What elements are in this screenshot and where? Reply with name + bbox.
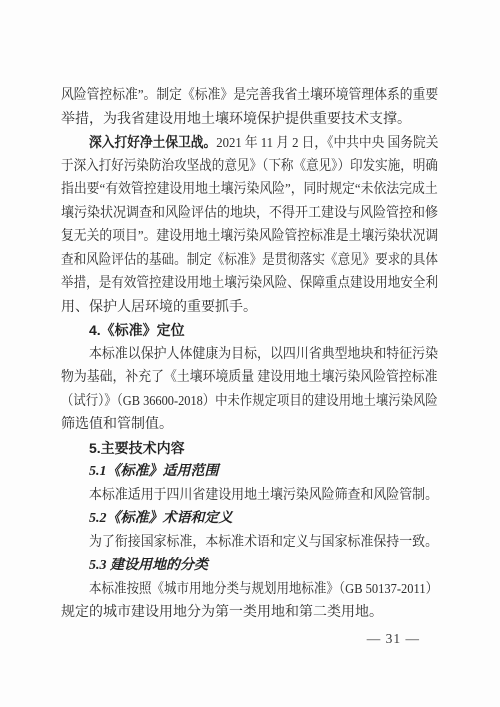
text-block: 风险管控标准”。制定《标准》是完善我省土壤环境管理体系的重要 举措，为我省建设用… <box>61 84 438 625</box>
body-line: 举措，为我省建设用地土壤环境保护提供重要技术支撑。 <box>61 108 438 132</box>
body-line: 于深入打好污染防治攻坚战的意见》（下称《意见》）印发实施，明确 <box>61 155 438 179</box>
section-heading: 5.主要技术内容 <box>61 437 438 461</box>
body-line: 用、保护人居环境的重要抓手。 <box>61 296 438 320</box>
paragraph-lead: 深入打好净土保卫战。 <box>89 134 216 150</box>
body-line: 查和风险评估的基础。制定《标准》是贯彻落实《意见》要求的具体 <box>61 249 438 273</box>
body-line: 复无关的项目”。建设用地土壤污染风险管控标准是土壤污染状况调 <box>61 225 438 249</box>
document-page: 风险管控标准”。制定《标准》是完善我省土壤环境管理体系的重要 举措，为我省建设用… <box>0 0 500 707</box>
body-line: 本标准适用于四川省建设用地土壤污染风险筛查和风险管制。 <box>61 484 438 508</box>
body-line: 壤污染状况调查和风险评估的地块，不得开工建设与风险管控和修 <box>61 202 438 226</box>
page-number: — 31 — <box>367 630 420 648</box>
body-line: 筛选值和管制值。 <box>61 413 438 437</box>
body-line: 物为基础，补充了《土壤环境质量 建设用地土壤污染风险管控标准 <box>61 366 438 390</box>
body-line: 为了衔接国家标准，本标准术语和定义与国家标准保持一致。 <box>61 531 438 555</box>
body-line: 深入打好净土保卫战。2021 年 11 月 2 日，《中共中央 国务院关 <box>61 131 438 155</box>
body-line: 风险管控标准”。制定《标准》是完善我省土壤环境管理体系的重要 <box>61 84 438 108</box>
body-line: 举措，是有效管控建设用地土壤污染风险、保障重点建设用地安全利 <box>61 272 438 296</box>
body-line: 规定的城市建设用地分为第一类用地和第二类用地。 <box>61 601 438 625</box>
subsection-heading: 5.3 建设用地的分类 <box>61 554 438 578</box>
subsection-heading: 5.1《标准》适用范围 <box>61 460 438 484</box>
body-line: （试行）》（GB 36600-2018）中未作规定项目的建设用地土壤污染风险 <box>61 390 438 414</box>
body-line: 指出要“有效管控建设用地土壤污染风险”，同时规定“未依法完成土 <box>61 178 438 202</box>
section-heading: 4.《标准》定位 <box>61 319 438 343</box>
body-line: 本标准按照《城市用地分类与规划用地标准》（GB 50137-2011） <box>61 578 438 602</box>
body-line-text: 2021 年 11 月 2 日，《中共中央 国务院关 <box>216 136 438 151</box>
subsection-heading: 5.2《标准》术语和定义 <box>61 507 438 531</box>
body-line: 本标准以保护人体健康为目标，以四川省典型地块和特征污染 <box>61 343 438 367</box>
